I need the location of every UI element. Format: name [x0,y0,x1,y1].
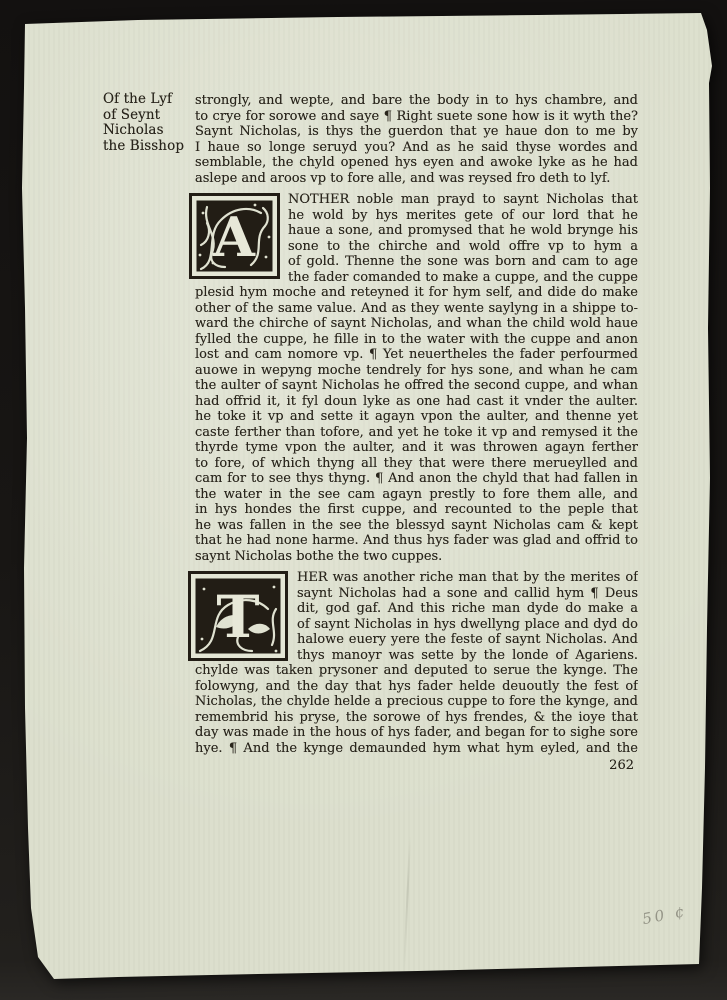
text-line: the water in the see cam agayn prestly t… [195,487,638,503]
woodcut-initial-A: A [189,193,280,279]
text-line: of gold. Thenne the sone was born and ca… [288,254,638,270]
text-line: plesid hym moche and reteyned it for hym… [195,285,638,301]
text-line: halowe euery yere the feste of saynt Nic… [297,632,638,648]
text-line: lost and cam nomore vp. ¶ Yet neuerthele… [195,347,638,363]
text-line: had offrid it, it fyl doun lyke as one h… [195,394,638,410]
text-line: he was fallen in the see the blessyd say… [195,518,638,534]
paragraph-2-full-lines: plesid hym moche and reteyned it for hym… [195,285,638,564]
paper-crease [403,836,411,976]
text-line: aslepe and aroos vp to fore alle, and wa… [195,171,638,187]
initial-letter: T [216,583,259,651]
text-line: remembrid his pryse, the sorowe of hys f… [195,710,638,726]
text-line: day was made in the hous of hys fader, a… [195,725,638,741]
text-line: caste ferther than tofore, and yet he to… [195,425,638,441]
text-line: ward the chirche of saynt Nicholas, and … [195,316,638,332]
text-line: HER was another riche man that by the me… [297,570,638,586]
text-line: haue a sone, and promysed that he wold b… [288,223,638,239]
paragraph-2: A NOTHER noble man prayd to saynt Nichol… [195,192,638,564]
paragraph-3: T HER was another riche man that by the … [195,570,638,756]
text-line: NOTHER noble man prayd to saynt Nicholas… [288,192,638,208]
text-line: semblable, the chyld opened hys eyen and… [195,155,638,171]
text-line: dit, god gaf. And this riche man dyde do… [297,601,638,617]
photo-background: Of the Lyfof SeyntNicholasthe Bisshop st… [0,0,727,1000]
paragraph-3-wrapped-lines: HER was another riche man that by the me… [297,570,638,663]
text-line: sone to the chirche and wold offre vp to… [288,239,638,255]
paragraph-2-wrapped-lines: NOTHER noble man prayd to saynt Nicholas… [288,192,638,285]
text-line: that he had none harme. And thus hys fad… [195,533,638,549]
text-line: thyrde tyme vpon the aulter, and it was … [195,440,638,456]
woodcut-initial-A-art: A [189,193,280,279]
text-line: Nicholas, the chylde helde a precious cu… [195,694,638,710]
text-line: saynt Nicholas had a sone and callid hym… [297,586,638,602]
text-line: auowe in wepyng moche tendrely for hys s… [195,363,638,379]
text-line: in hys hondes the first cuppe, and recou… [195,502,638,518]
text-line: he wold by hys merites gete of our lord … [288,208,638,224]
text-line: to crye for sorowe and saye ¶ Right suet… [195,109,638,125]
text-line: saynt Nicholas bothe the two cuppes. [195,549,638,565]
initial-letter: A [212,205,256,269]
paragraph-3-full-lines: chylde was taken prysoner and deputed to… [195,663,638,756]
text-line: other of the same value. And as they wen… [195,301,638,317]
woodcut-initial-T: T [188,571,288,661]
text-line: hye. ¶ And the kynge demaunded hym what … [195,741,638,757]
text-column: strongly, and wepte, and bare the body i… [195,93,638,774]
text-line: of saynt Nicholas in hys dwellyng place … [297,617,638,633]
book-page: Of the Lyfof SeyntNicholasthe Bisshop st… [18,8,715,986]
text-line: he toke it vp and sette it agayn vpon th… [195,409,638,425]
text-line: folowyng, and the day that hys fader hel… [195,679,638,695]
text-line: I haue so longe seruyd you? And as he sa… [195,140,638,156]
pencil-price-annotation: 50 ¢ [641,902,689,928]
text-line: Saynt Nicholas, is thys the guerdon that… [195,124,638,140]
text-line: the fader comanded to make a cuppe, and … [288,270,638,286]
text-line: chylde was taken prysoner and deputed to… [195,663,638,679]
text-line: to fore, of which thyng all they that we… [195,456,638,472]
page-number: 262 [195,758,638,774]
text-line: cam for to see thys thyng. ¶ And anon th… [195,471,638,487]
text-line: strongly, and wepte, and bare the body i… [195,93,638,109]
text-line: the aulter of saynt Nicholas he offred t… [195,378,638,394]
text-line: thys manoyr was sette by the londe of Ag… [297,648,638,664]
paper-shadow: Of the Lyfof SeyntNicholasthe Bisshop st… [18,8,715,986]
woodcut-initial-T-art: T [188,571,288,661]
paragraph-1: strongly, and wepte, and bare the body i… [195,93,638,186]
text-line: fylled the cuppe, he fille in to the wat… [195,332,638,348]
